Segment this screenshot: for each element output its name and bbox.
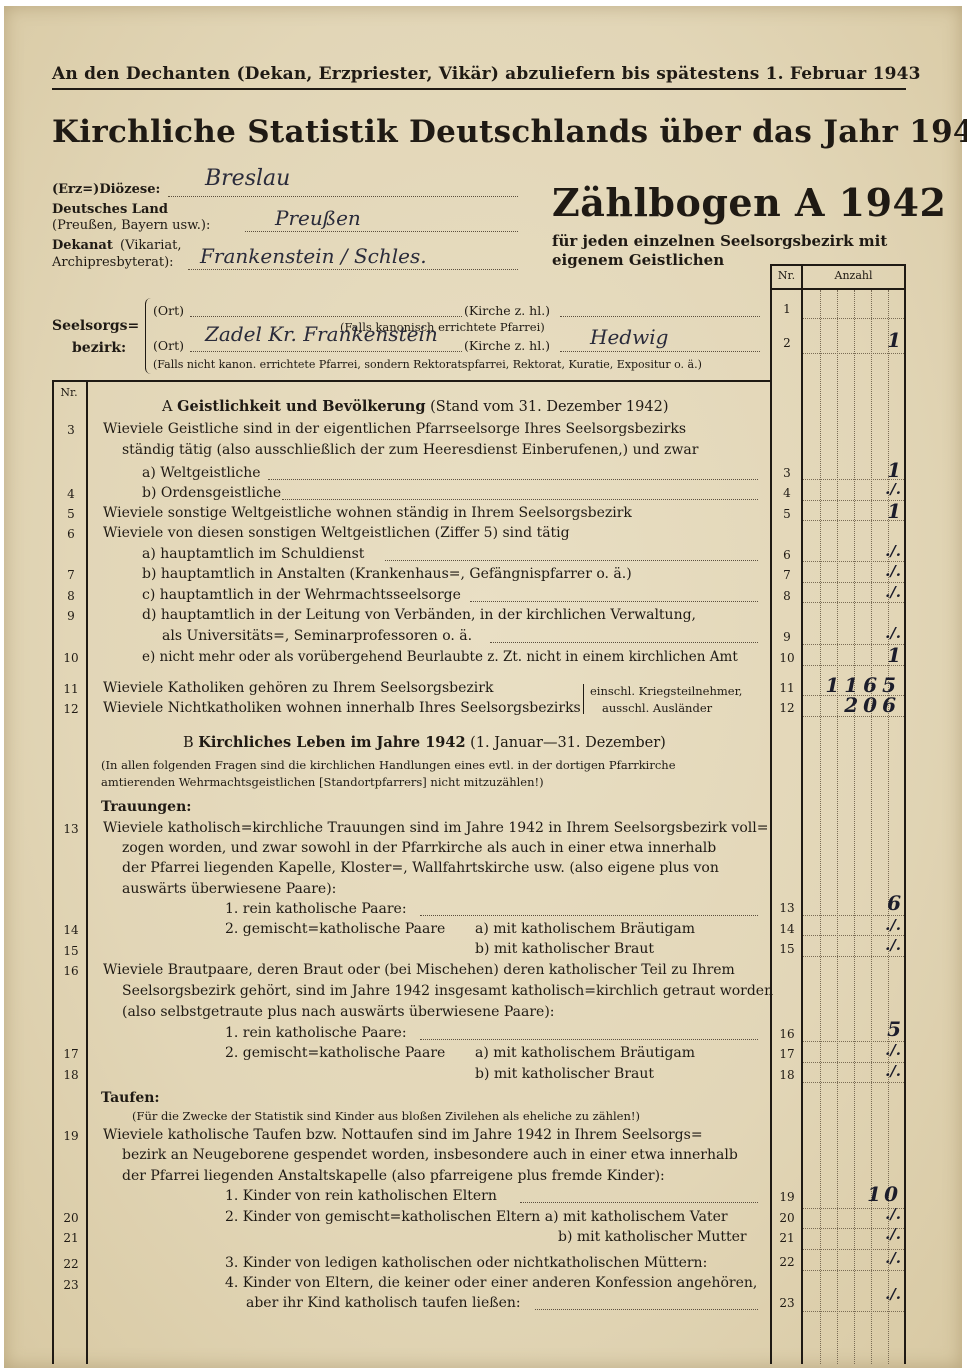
answer-value[interactable]: ./. — [803, 1285, 901, 1303]
question-17-gemischt: 2. gemischt=katholische Paare — [225, 1045, 445, 1061]
dekanat-label: Dekanat — [52, 238, 113, 253]
answer-value[interactable]: ./. — [803, 480, 901, 498]
question-nr: 19 — [58, 1129, 84, 1143]
seelsorgsbezirk-bracket — [145, 298, 152, 374]
document-title: Kirchliche Statistik Deutschlands über d… — [52, 114, 967, 150]
answer-value[interactable]: ./. — [803, 542, 901, 560]
ort2-field[interactable]: Zadel Kr. Frankenstein — [205, 322, 438, 346]
section-a-title: Geistlichkeit und Bevölkerung — [177, 398, 425, 415]
answer-value[interactable]: 5 — [803, 1017, 901, 1041]
answer-row-nr: 18 — [772, 1068, 802, 1082]
question-table-nr-divider — [86, 380, 88, 1364]
kirche2-field[interactable]: Hedwig — [590, 325, 668, 349]
section-b-note-1: (In allen folgenden Fragen sind die kirc… — [101, 758, 676, 772]
section-b-letter: B — [183, 735, 194, 751]
taufen-heading: Taufen: — [101, 1090, 160, 1106]
answer-value[interactable]: ./. — [803, 583, 901, 601]
question-3-text-cont: ständig tätig (also ausschließlich der z… — [122, 442, 698, 458]
leader-dots — [520, 1202, 758, 1203]
ort2-label: (Ort) — [153, 338, 184, 353]
leader-dots — [282, 499, 758, 500]
question-19-text-3: der Pfarrei liegenden Anstaltskapelle (a… — [122, 1168, 665, 1184]
form-subtitle-line1: für jeden einzelnen Seelsorgsbezirk mit — [552, 232, 887, 251]
question-nr: 21 — [58, 1231, 84, 1245]
answer-value[interactable]: 1 — [803, 643, 901, 667]
answer-row-nr: 11 — [772, 681, 802, 695]
dioezese-line — [168, 196, 518, 197]
question-6a-text: a) hauptamtlich im Schuldienst — [142, 546, 364, 562]
question-6-text: Wieviele von diesen sonstigen Weltgeistl… — [103, 525, 570, 541]
question-nr: 11 — [58, 682, 84, 696]
note-11: einschl. Kriegsteilnehmer, — [590, 684, 742, 698]
answer-row-line — [803, 665, 904, 666]
question-20-text: 2. Kinder von gemischt=katholischen Elte… — [225, 1209, 728, 1225]
answer-row-nr: 1 — [772, 302, 802, 316]
answer-row-nr: 23 — [772, 1296, 802, 1310]
question-18-text: b) mit katholischer Braut — [475, 1066, 654, 1082]
question-12-text: Wieviele Nichtkatholiken wohnen innerhal… — [103, 700, 581, 716]
question-nr: 10 — [58, 651, 84, 665]
leader-dots — [420, 915, 758, 916]
question-13-text-3: der Pfarrei liegenden Kapelle, Kloster=,… — [122, 860, 719, 876]
answer-row-nr: 3 — [772, 466, 802, 480]
dekanat-line — [188, 269, 518, 270]
answer-row-nr: 21 — [772, 1231, 802, 1245]
answer-table-right — [904, 264, 906, 1364]
question-8-text: c) hauptamtlich in der Wehrmachtsseelsor… — [142, 587, 461, 603]
answer-value[interactable]: ./. — [803, 562, 901, 580]
form-subtitle-line2: eigenem Geistlichen — [552, 251, 887, 270]
question-9-text: d) hauptamtlich in der Leitung von Verbä… — [142, 607, 696, 623]
leader-dots — [490, 642, 758, 643]
leader-dots — [420, 1039, 758, 1040]
answer-row-line — [803, 1311, 904, 1312]
answer-row-nr: 13 — [772, 901, 802, 915]
section-a-heading: A Geistlichkeit und Bevölkerung (Stand v… — [162, 398, 668, 415]
question-19-rein: 1. Kinder von rein katholischen Eltern — [225, 1188, 497, 1204]
trauungen-heading: Trauungen: — [101, 799, 191, 815]
question-nr: 8 — [58, 589, 84, 603]
question-7-text: b) hauptamtlich in Anstalten (Krankenhau… — [142, 566, 632, 582]
question-23-text: 4. Kinder von Eltern, die keiner oder ei… — [225, 1275, 757, 1291]
question-9-text-cont: als Universitäts=, Seminarprofessoren o.… — [162, 628, 472, 644]
question-nr: 4 — [58, 487, 84, 501]
answer-value[interactable]: ./. — [803, 936, 901, 954]
section-b-heading: B Kirchliches Leben im Jahre 1942 (1. Ja… — [183, 734, 666, 751]
question-nr: 13 — [58, 822, 84, 836]
question-nr: 23 — [58, 1278, 84, 1292]
answer-row-line — [803, 520, 904, 521]
header-rule — [52, 88, 906, 90]
answer-row-nr: 8 — [772, 589, 802, 603]
answer-value[interactable]: ./. — [803, 1225, 901, 1243]
ort1-label: (Ort) — [153, 303, 184, 318]
land-field[interactable]: Preußen — [275, 206, 361, 230]
answer-row-line — [803, 602, 904, 603]
section-b-title: Kirchliches Leben im Jahre 1942 — [198, 734, 465, 751]
question-nr-header: Nr. — [56, 386, 82, 399]
answer-row-nr: 7 — [772, 568, 802, 582]
dekanat-field[interactable]: Frankenstein / Schles. — [200, 244, 427, 268]
question-nr: 12 — [58, 702, 84, 716]
question-16-text-3: (also selbstgetraute plus nach auswärts … — [122, 1004, 555, 1020]
leader-dots — [385, 560, 758, 561]
dekanat-sublabel-2: Archipresbyterat): — [52, 255, 174, 270]
answer-header-rule — [772, 288, 904, 290]
submission-deadline: An den Dechanten (Dekan, Erzpriester, Vi… — [52, 64, 906, 84]
answer-anzahl-header: Anzahl — [803, 269, 904, 282]
answer-value[interactable]: 206 — [803, 693, 901, 717]
answer-value[interactable]: ./. — [803, 624, 901, 642]
question-3a-text: a) Weltgeistliche — [142, 465, 261, 481]
question-5-text: Wieviele sonstige Weltgeistliche wohnen … — [103, 505, 632, 521]
answer-value[interactable]: 10 — [803, 1182, 901, 1206]
seelsorgsbezirk-label-2: bezirk: — [72, 340, 126, 356]
section-b-date: (1. Januar—31. Dezember) — [470, 735, 666, 751]
dioezese-field[interactable]: Breslau — [205, 166, 290, 191]
question-13-text-2: zogen worden, und zwar sowohl in der Pfa… — [122, 840, 716, 856]
question-10-text: e) nicht mehr oder als vorübergehend Beu… — [142, 649, 738, 665]
answer-row-line — [803, 1270, 904, 1271]
answer-value[interactable]: 6 — [803, 891, 901, 915]
question-nr: 15 — [58, 944, 84, 958]
answer-row-nr: 12 — [772, 701, 802, 715]
land-label: Deutsches Land — [52, 202, 168, 217]
seelsorgsbezirk-note-2: (Falls nicht kanon. errichtete Pfarrei, … — [153, 358, 702, 371]
ort2-line — [190, 351, 462, 352]
taufen-note: (Für die Zwecke der Statistik sind Kinde… — [132, 1109, 640, 1123]
form-title: Zählbogen A 1942 — [552, 180, 946, 225]
answer-row-nr: 5 — [772, 507, 802, 521]
answer-row-line — [803, 956, 904, 957]
question-table-top — [52, 380, 770, 382]
question-3-text: Wieviele Geistliche sind in der eigentli… — [103, 421, 686, 437]
question-14-gemischt: 2. gemischt=katholische Paare — [225, 921, 445, 937]
answer-value[interactable]: ./. — [803, 1249, 901, 1267]
question-21-text: b) mit katholischer Mutter — [558, 1229, 747, 1245]
section-b-note-2: amtierenden Wehrmachtsgeistlichen [Stand… — [101, 775, 544, 789]
answer-row-nr: 20 — [772, 1211, 802, 1225]
question-16-text: Wieviele Brautpaare, deren Braut oder (b… — [103, 962, 735, 978]
question-16-rein: 1. rein katholische Paare: — [225, 1025, 407, 1041]
answer-row-nr: 19 — [772, 1190, 802, 1204]
question-nr: 18 — [58, 1068, 84, 1082]
kirche1-label: (Kirche z. hl.) — [464, 303, 550, 318]
note-12: ausschl. Ausländer — [602, 701, 712, 715]
question-13-text: Wieviele katholisch=kirchliche Trauungen… — [103, 820, 768, 836]
question-16-text-2: Seelsorgsbezirk gehört, sind im Jahre 19… — [122, 983, 773, 999]
question-nr: 20 — [58, 1211, 84, 1225]
answer-row-nr: 6 — [772, 548, 802, 562]
question-15-text: b) mit katholischer Braut — [475, 941, 654, 957]
question-22-text: 3. Kinder von ledigen katholischen oder … — [225, 1255, 707, 1271]
question-nr: 9 — [58, 609, 84, 623]
section-a-date: (Stand vom 31. Dezember 1942) — [430, 399, 668, 415]
answer-row-nr: 22 — [772, 1255, 802, 1269]
answer-row-nr: 9 — [772, 630, 802, 644]
answer-value[interactable]: ./. — [803, 1062, 901, 1080]
answer-table-top — [770, 264, 906, 266]
question-17-text: a) mit katholischem Bräutigam — [475, 1045, 695, 1061]
answer-row-nr: 17 — [772, 1047, 802, 1061]
section-a-letter: A — [162, 399, 172, 415]
answer-row-nr: 15 — [772, 942, 802, 956]
answer-value[interactable]: 1 — [803, 328, 901, 352]
question-nr: 6 — [58, 527, 84, 541]
answer-row-line — [803, 318, 904, 319]
question-nr: 16 — [58, 964, 84, 978]
leader-dots — [268, 479, 758, 480]
question-14-text: a) mit katholischem Bräutigam — [475, 921, 695, 937]
answer-row-nr: 2 — [772, 336, 802, 350]
note-bracket — [583, 684, 585, 714]
kirche2-label: (Kirche z. hl.) — [464, 338, 550, 353]
answer-row-line — [803, 353, 904, 354]
leader-dots — [535, 1309, 758, 1310]
answer-row-line — [803, 1082, 904, 1083]
land-line — [245, 231, 518, 232]
question-nr: 7 — [58, 568, 84, 582]
answer-nr-header: Nr. — [772, 269, 801, 282]
answer-row-nr: 16 — [772, 1027, 802, 1041]
answer-row-nr: 4 — [772, 486, 802, 500]
question-23-text-2: aber ihr Kind katholisch taufen ließen: — [246, 1295, 521, 1311]
question-nr: 22 — [58, 1257, 84, 1271]
question-nr: 17 — [58, 1047, 84, 1061]
question-table-left — [52, 380, 54, 1364]
leader-dots — [470, 601, 758, 602]
kirche1-field[interactable] — [560, 316, 760, 317]
question-19-text: Wieviele katholische Taufen bzw. Nottauf… — [103, 1127, 703, 1143]
question-11-text: Wieviele Katholiken gehören zu Ihrem See… — [103, 680, 493, 696]
answer-value[interactable]: ./. — [803, 916, 901, 934]
answer-row-nr: 14 — [772, 922, 802, 936]
question-13-rein: 1. rein katholische Paare: — [225, 901, 407, 917]
question-nr: 14 — [58, 923, 84, 937]
answer-row-line — [803, 716, 904, 717]
question-4-text: b) Ordensgeistliche — [142, 485, 281, 501]
ort1-field[interactable] — [190, 316, 462, 317]
seelsorgsbezirk-label-1: Seelsorgs= — [52, 318, 139, 334]
answer-value[interactable]: ./. — [803, 1041, 901, 1059]
dioezese-label: (Erz=)Diözese: — [52, 182, 160, 197]
question-nr: 3 — [58, 423, 84, 437]
question-13-text-4: auswärts überwiesene Paare): — [122, 881, 336, 897]
kirche2-line — [560, 351, 760, 352]
answer-row-nr: 10 — [772, 651, 802, 665]
question-19-text-2: bezirk an Neugeborene gespendet worden, … — [122, 1147, 738, 1163]
question-nr: 5 — [58, 507, 84, 521]
dekanat-sublabel-1: (Vikariat, — [120, 238, 182, 253]
land-sublabel: (Preußen, Bayern usw.): — [52, 218, 210, 233]
answer-value[interactable]: ./. — [803, 1205, 901, 1223]
